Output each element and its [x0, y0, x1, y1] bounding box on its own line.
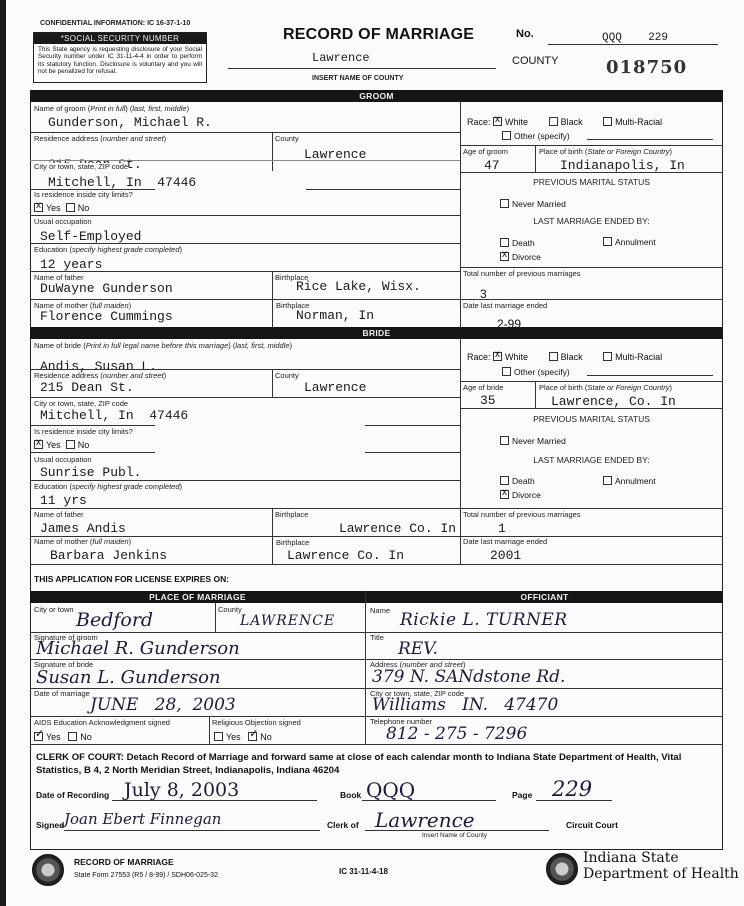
county-underline	[228, 68, 496, 69]
groom-divorce: Divorce	[500, 252, 541, 262]
groom-city[interactable]: Mitchell, In 47446	[48, 176, 196, 189]
bride-mother[interactable]: Barbara Jenkins	[50, 549, 167, 562]
bride-race-other: Other (specify)	[502, 367, 570, 377]
white-label: White	[505, 352, 528, 362]
groom-annulment: Annulment	[603, 237, 656, 247]
bride-race: Race: White Black Multi-Racial	[467, 352, 662, 362]
marriage-date[interactable]: JUNE 28, 2003	[90, 697, 236, 714]
bride-race-multiracial-checkbox[interactable]	[603, 352, 612, 361]
county-number: 018750	[606, 57, 687, 78]
divider	[30, 716, 365, 717]
bride-city[interactable]: Mitchell, In 47446	[40, 409, 188, 422]
bride-city-limits-no-checkbox[interactable]	[66, 440, 75, 449]
bride-city-limits-label: Is residence inside city limits?	[34, 428, 133, 436]
divider	[306, 189, 460, 190]
officiant-title-label: Title	[370, 634, 384, 642]
religious-yes-checkbox[interactable]	[214, 732, 223, 741]
place-section-header: PLACE OF MARRIAGE	[30, 591, 365, 603]
confidential-notice: CONFIDENTIAL INFORMATION: IC 16-37-1-10	[40, 20, 190, 27]
groom-father-birthplace[interactable]: Rice Lake, Wisx.	[296, 280, 421, 293]
groom-county-label: County	[275, 135, 299, 143]
health-dept-seal-icon	[546, 853, 578, 885]
death-label: Death	[512, 238, 535, 248]
bride-race-black-checkbox[interactable]	[549, 352, 558, 361]
multiracial-label: Multi-Racial	[615, 117, 662, 127]
groom-mother[interactable]: Florence Cummings	[40, 310, 173, 323]
divorce-label: Divorce	[512, 490, 541, 500]
groom-never-married-checkbox[interactable]	[500, 199, 509, 208]
divider	[30, 508, 460, 509]
bride-city-limits-yes-checkbox[interactable]	[34, 440, 43, 449]
divider	[535, 145, 536, 172]
bride-prev-count-label: Total number of previous marriages	[463, 511, 581, 519]
groom-race-other: Other (specify)	[502, 131, 570, 141]
clerk-of-county[interactable]: Lawrence	[375, 810, 475, 830]
bride-name-label: Name of bride (Print in full legal name …	[34, 342, 292, 350]
bride-father-birthplace-label: Birthplace	[275, 511, 308, 519]
footer-form-number: State Form 27553 (R5 / 8-99) / SDH06-025…	[74, 872, 218, 879]
divider	[272, 132, 273, 171]
divider	[460, 102, 461, 327]
divider	[30, 160, 460, 161]
death-label: Death	[512, 476, 535, 486]
groom-race-other-checkbox[interactable]	[502, 131, 511, 140]
record-no-label: No.	[516, 28, 534, 40]
other-label: Other (specify)	[514, 367, 570, 377]
officiant-section-header: OFFICIANT	[366, 591, 723, 603]
agency-name-line2: Department of Health	[583, 866, 739, 882]
clerk-of-caption: Insert Name of County	[422, 833, 487, 840]
divider	[30, 425, 155, 426]
other-specify-line	[587, 139, 713, 140]
bride-father[interactable]: James Andis	[40, 522, 126, 535]
other-specify-line	[587, 375, 713, 376]
aids-no-checkbox[interactable]	[68, 732, 77, 741]
place-county[interactable]: LAWRENCE	[240, 614, 335, 628]
bride-prev-count[interactable]: 1	[498, 522, 506, 535]
groom-death-checkbox[interactable]	[500, 238, 509, 247]
county-name: Lawrence	[312, 52, 370, 64]
bride-education-label: Education (specify highest grade complet…	[34, 483, 182, 491]
divider	[365, 452, 460, 453]
yes-label: Yes	[226, 732, 241, 742]
groom-prev-count-label: Total number of previous marriages	[463, 270, 581, 278]
groom-section-header: GROOM	[30, 90, 723, 102]
scan-edge	[0, 0, 6, 906]
marriage-date-label: Date of marriage	[34, 690, 90, 698]
place-county-label: County	[218, 606, 242, 614]
bride-residence-label: Residence address (number and street)	[34, 372, 166, 380]
ssn-title: *SOCIAL SECURITY NUMBER	[34, 33, 206, 44]
page-label: Page	[512, 790, 532, 800]
groom-race-black-checkbox[interactable]	[549, 117, 558, 126]
divider	[535, 381, 536, 408]
race-label: Race:	[467, 117, 491, 127]
no-label: No	[78, 440, 90, 450]
place-city-label: City or town	[34, 606, 74, 614]
divider	[460, 172, 723, 173]
yes-label: Yes	[46, 440, 61, 450]
bride-county[interactable]: Lawrence	[304, 381, 366, 394]
book-label: Book	[340, 790, 361, 800]
state-seal-icon	[32, 854, 64, 886]
groom-race-white-checkbox[interactable]	[493, 117, 502, 126]
groom-occupation[interactable]: Self-Employed	[40, 230, 141, 243]
black-label: Black	[561, 352, 583, 362]
bride-last-ended-label: Date last marriage ended	[463, 538, 547, 546]
page-value[interactable]: 229	[552, 779, 592, 800]
divider	[215, 603, 216, 632]
record-no-value: QQQ 229	[602, 33, 668, 44]
bride-divorce-checkbox[interactable]	[500, 490, 509, 499]
divider	[30, 271, 460, 272]
divider	[30, 744, 723, 745]
groom-mother-birthplace[interactable]: Norman, In	[296, 309, 374, 322]
divider	[30, 480, 460, 481]
religious-no-checkbox[interactable]	[248, 732, 257, 741]
bride-death-checkbox[interactable]	[500, 476, 509, 485]
bride-county-label: County	[275, 372, 299, 380]
groom-race: Race: White Black Multi-Racial	[467, 117, 662, 127]
bride-last-ended-title: LAST MARRIAGE ENDED BY:	[460, 455, 723, 465]
groom-never-married: Never Married	[500, 199, 566, 209]
officiant-name[interactable]: Rickie L. TURNER	[400, 612, 568, 629]
groom-city-limits: Yes No	[34, 203, 89, 213]
groom-last-ended-title: LAST MARRIAGE ENDED BY:	[460, 216, 723, 226]
county-label: COUNTY	[512, 55, 558, 67]
bride-never-married-checkbox[interactable]	[500, 436, 509, 445]
clerk-instructions: CLERK OF COURT: Detach Record of Marriag…	[36, 751, 720, 777]
groom-race-multiracial-checkbox[interactable]	[603, 117, 612, 126]
bride-race-other-checkbox[interactable]	[502, 367, 511, 376]
never-married-label: Never Married	[512, 436, 566, 446]
license-expires-label: THIS APPLICATION FOR LICENSE EXPIRES ON:	[34, 574, 229, 584]
multiracial-label: Multi-Racial	[615, 352, 662, 362]
footer-title: RECORD OF MARRIAGE	[74, 857, 174, 867]
officiant-name-label: Name	[370, 607, 390, 615]
no-label: No	[260, 732, 272, 742]
aids-label: AIDS Education Acknowledgment signed	[34, 719, 170, 727]
place-city[interactable]: Bedford	[76, 611, 153, 630]
record-no-underline	[548, 44, 718, 45]
divider	[30, 397, 460, 398]
race-label: Race:	[467, 352, 491, 362]
no-label: No	[80, 732, 92, 742]
form-title: RECORD OF MARRIAGE	[283, 26, 474, 44]
groom-annulment-checkbox[interactable]	[603, 237, 612, 246]
bride-occupation-label: Usual occupation	[34, 456, 92, 464]
bride-prev-status-title: PREVIOUS MARITAL STATUS	[460, 414, 723, 424]
divider	[460, 267, 723, 268]
divider	[30, 215, 460, 216]
divorce-label: Divorce	[512, 252, 541, 262]
aids-options: Yes No	[34, 732, 92, 742]
bride-father-label: Name of father	[34, 511, 84, 519]
groom-age-label: Age of groom	[463, 148, 508, 156]
bride-birth[interactable]: Lawrence, Co. In	[551, 395, 676, 408]
yes-label: Yes	[46, 732, 61, 742]
bride-divorce: Divorce	[500, 490, 541, 500]
bride-mother-label: Name of mother (full maiden)	[34, 538, 131, 546]
groom-signature[interactable]: Michael R. Gunderson	[36, 640, 240, 658]
bride-death: Death	[500, 476, 535, 486]
bride-birth-label: Place of birth (State or Foreign Country…	[539, 384, 672, 392]
bride-education[interactable]: 11 yrs	[40, 494, 87, 507]
no-label: No	[78, 203, 90, 213]
groom-death: Death	[500, 238, 535, 248]
divider	[460, 508, 723, 509]
groom-city-limits-no-checkbox[interactable]	[66, 203, 75, 212]
divider	[30, 243, 460, 244]
divider	[460, 299, 723, 300]
ssn-box: *SOCIAL SECURITY NUMBER This State agenc…	[33, 32, 207, 83]
divider	[365, 591, 366, 744]
recording-date-label: Date of Recording	[36, 790, 109, 800]
bride-last-ended[interactable]: 2001	[490, 549, 521, 562]
bride-section-header: BRIDE	[30, 327, 723, 339]
divider	[460, 339, 461, 564]
groom-city-label: City or town, state, ZIP code	[34, 163, 128, 171]
divider	[460, 381, 723, 382]
aids-yes-checkbox[interactable]	[34, 732, 43, 741]
bride-mother-birthplace[interactable]: Lawrence Co. In	[287, 549, 404, 562]
footer-statute: IC 31-11-4-18	[339, 867, 388, 876]
bride-mother-birthplace-label: Birthplace	[276, 539, 309, 547]
annulment-label: Annulment	[615, 476, 656, 486]
bride-city-limits: Yes No	[34, 440, 89, 450]
groom-age[interactable]: 47	[484, 159, 500, 172]
bride-signature[interactable]: Susan L. Gunderson	[36, 669, 221, 687]
divider	[209, 716, 210, 744]
divider	[460, 145, 723, 146]
ssn-notice: This State agency is requesting disclosu…	[34, 44, 206, 77]
bride-annulment: Annulment	[603, 476, 656, 486]
bride-race-white-checkbox[interactable]	[493, 352, 502, 361]
bride-father-birthplace[interactable]: Lawrence Co. In	[339, 522, 456, 535]
groom-name[interactable]: Gunderson, Michael R.	[48, 116, 212, 129]
agency-name-line1: Indiana State	[583, 850, 679, 866]
black-label: Black	[561, 117, 583, 127]
groom-city-limits-label: Is residence inside city limits?	[34, 191, 133, 199]
religious-label: Religious Objection signed	[212, 719, 301, 727]
groom-name-label: Name of groom (Print in full) (last, fir…	[34, 105, 189, 113]
signed-label: Signed	[36, 820, 64, 830]
white-label: White	[505, 117, 528, 127]
divider	[366, 632, 723, 633]
yes-label: Yes	[46, 203, 61, 213]
divider	[30, 564, 723, 565]
groom-prev-status-title: PREVIOUS MARITAL STATUS	[460, 177, 723, 187]
circuit-court-label: Circuit Court	[566, 820, 618, 830]
divider	[365, 425, 460, 426]
groom-divorce-checkbox[interactable]	[500, 252, 509, 261]
county-caption: INSERT NAME OF COUNTY	[312, 75, 403, 82]
groom-father[interactable]: DuWayne Gunderson	[40, 282, 173, 295]
divider	[30, 132, 460, 133]
groom-birth-label: Place of birth (State or Foreign Country…	[539, 148, 672, 156]
annulment-label: Annulment	[615, 237, 656, 247]
groom-occupation-label: Usual occupation	[34, 218, 92, 226]
bride-age-label: Age of bride	[463, 384, 503, 392]
divider	[272, 369, 273, 397]
officiant-phone[interactable]: 812 - 275 - 7296	[386, 726, 527, 743]
officiant-title[interactable]: REV.	[398, 641, 438, 658]
officiant-address[interactable]: 379 N. SANdstone Rd.	[372, 669, 565, 686]
groom-city-limits-yes-checkbox[interactable]	[34, 203, 43, 212]
divider	[30, 369, 460, 370]
groom-residence-label: Residence address (number and street)	[34, 135, 166, 143]
bride-age[interactable]: 35	[480, 394, 496, 407]
bride-city-label: City or town, state, ZIP code	[34, 400, 128, 408]
officiant-city[interactable]: Williams IN. 47470	[372, 697, 558, 714]
divider	[30, 452, 155, 453]
never-married-label: Never Married	[512, 199, 566, 209]
divider	[460, 408, 723, 409]
divider	[30, 299, 460, 300]
religious-options: Yes No	[214, 732, 272, 742]
clerk-signature[interactable]: Joan Ebert Finnegan	[64, 812, 221, 827]
bride-annulment-checkbox[interactable]	[603, 476, 612, 485]
bride-never-married: Never Married	[500, 436, 566, 446]
signed-line	[64, 830, 320, 831]
bride-residence[interactable]: 215 Dean St.	[40, 381, 134, 394]
groom-education-label: Education (specify highest grade complet…	[34, 246, 182, 254]
book-value[interactable]: QQQ	[366, 780, 415, 800]
bride-occupation[interactable]: Sunrise Publ.	[40, 466, 141, 479]
groom-last-ended-label: Date last marriage ended	[463, 302, 547, 310]
recording-date[interactable]: July 8, 2003	[124, 781, 239, 800]
other-label: Other (specify)	[514, 131, 570, 141]
groom-birth[interactable]: Indianapolis, In	[560, 159, 685, 172]
clerk-of-label: Clerk of	[327, 820, 359, 830]
groom-education[interactable]: 12 years	[40, 258, 102, 271]
